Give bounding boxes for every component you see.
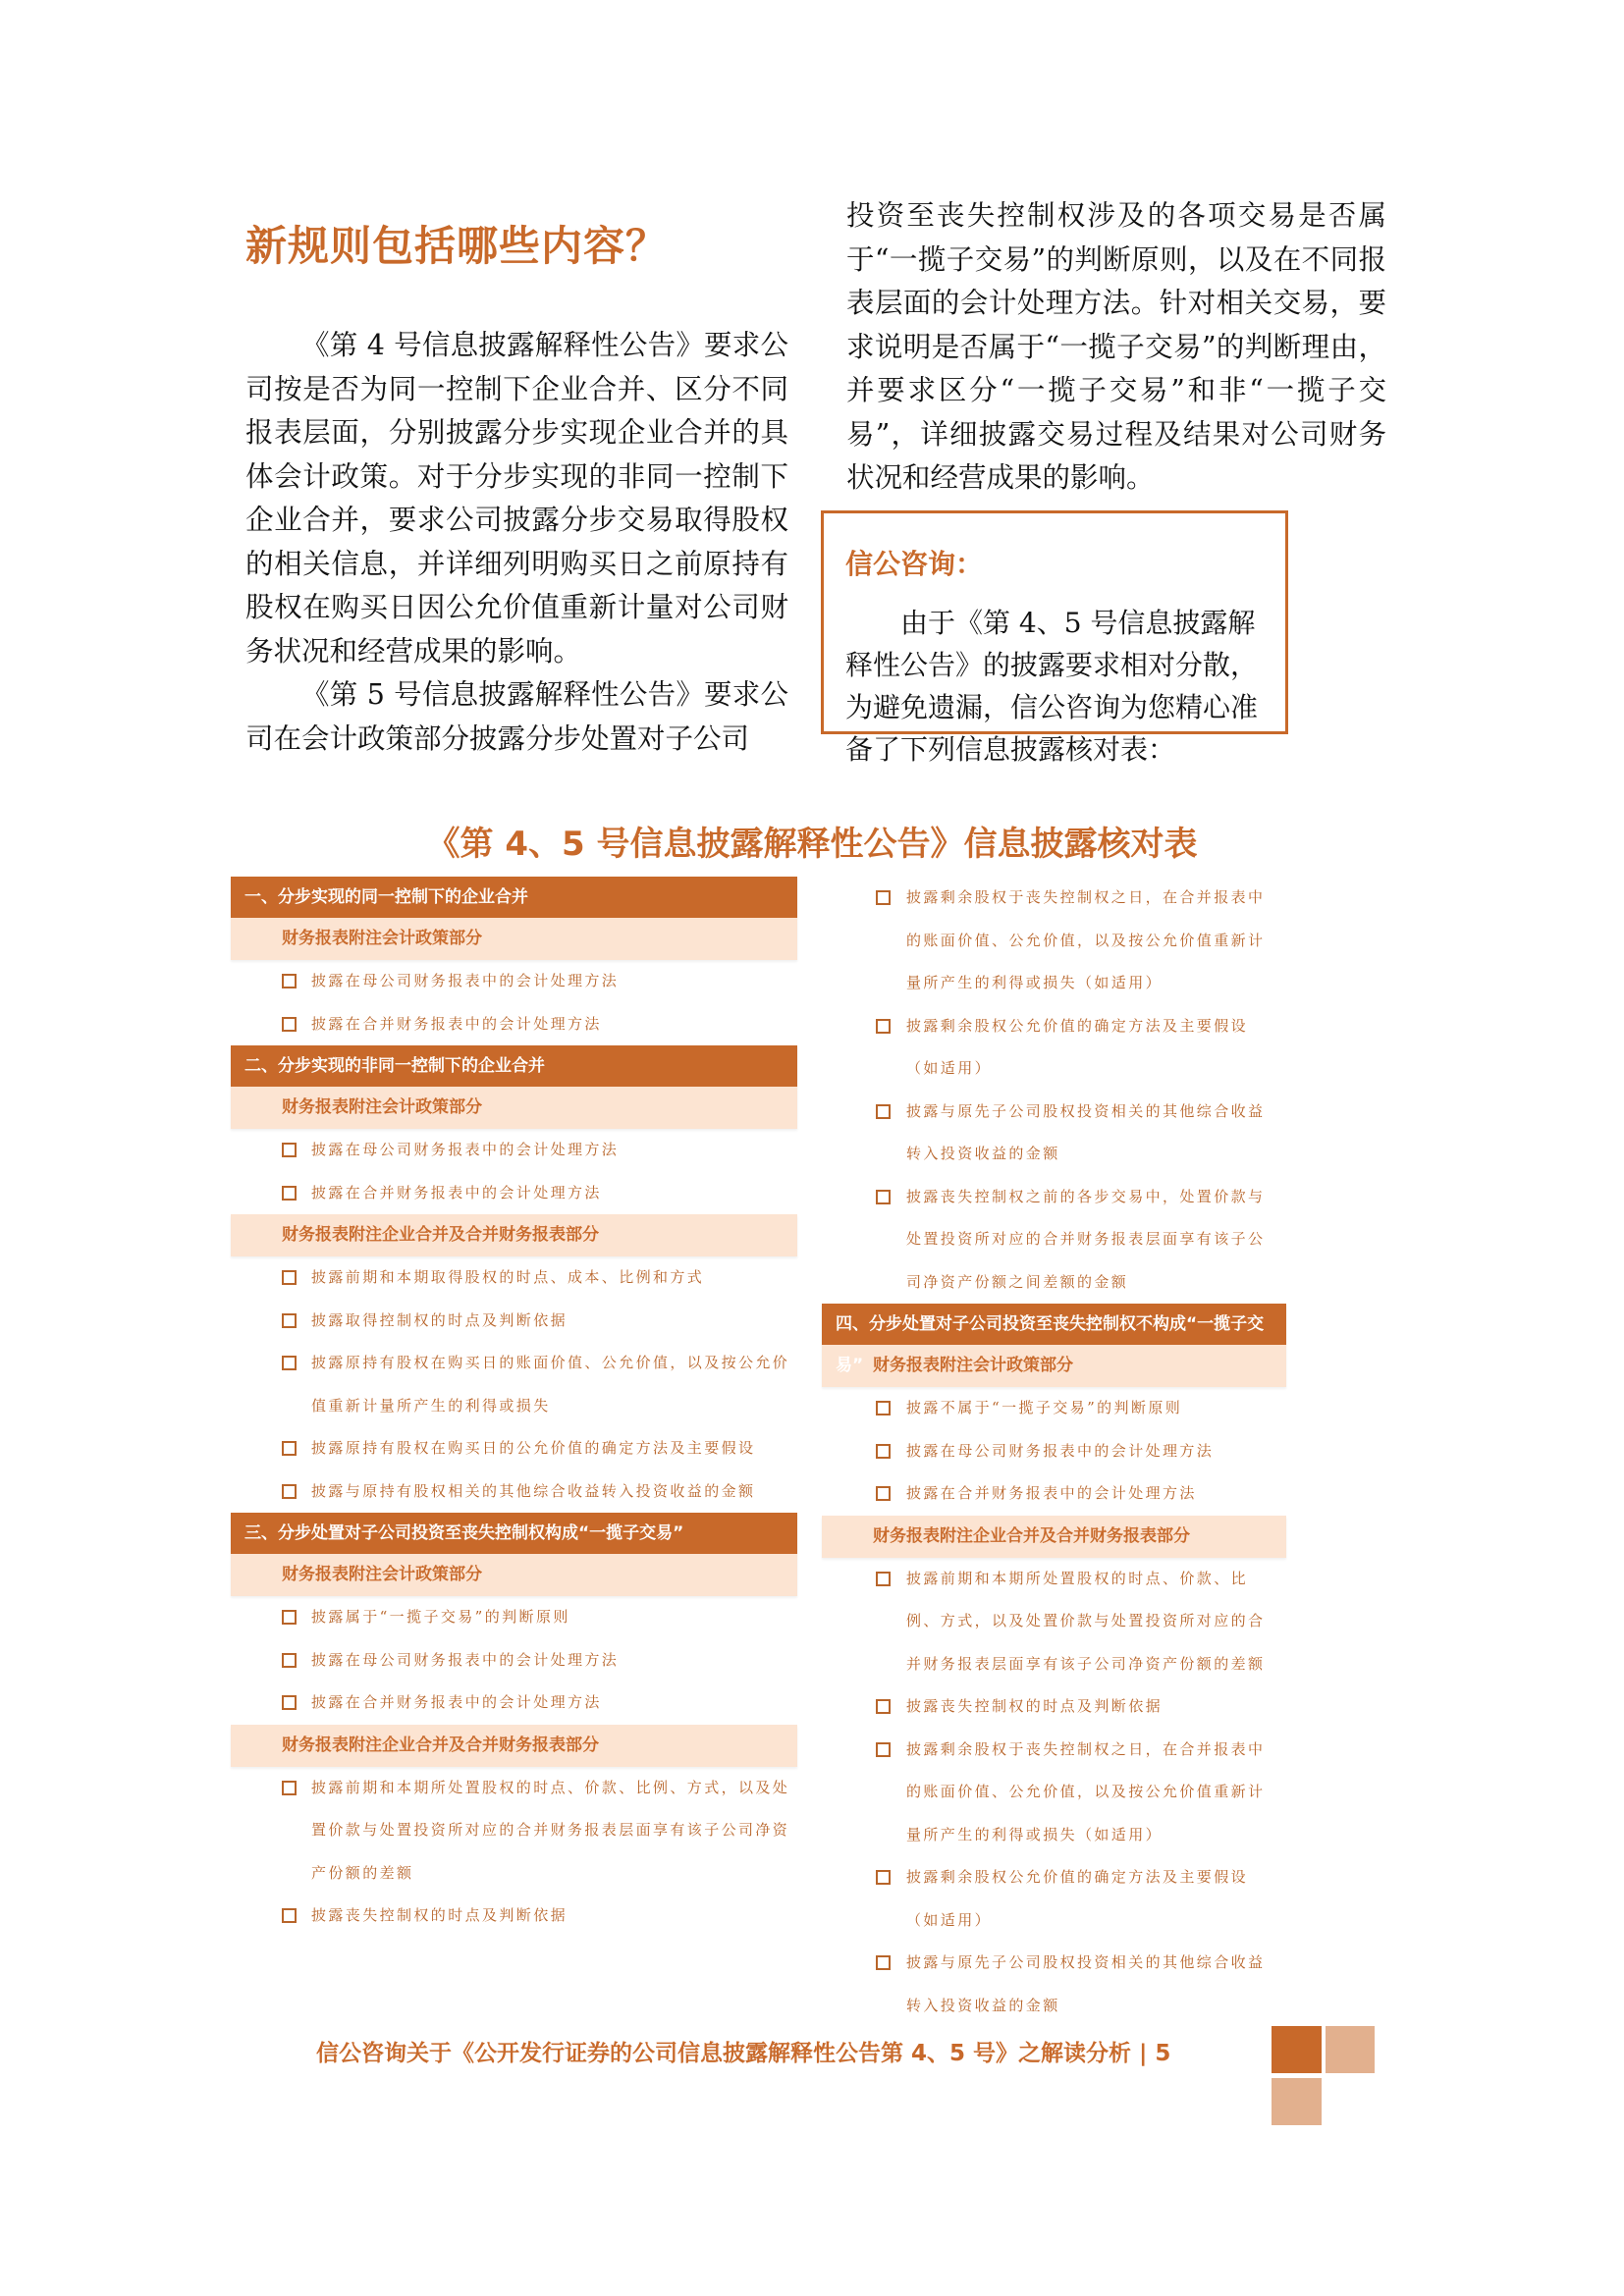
advice-box: 信公咨询： 由于《第 4、5 号信息披露解释性公告》的披露要求相对分散，为避免遗… — [821, 510, 1288, 734]
decorative-square-icon — [1272, 2026, 1322, 2073]
right-column-text: 投资至丧失控制权涉及的各项交易是否属于“一揽子交易”的判断原则，以及在不同报表层… — [846, 194, 1386, 501]
checklist-item[interactable]: 披露剩余股权公允价值的确定方法及主要假设（如适用） — [822, 1005, 1286, 1091]
checklist-item[interactable]: 披露属于“一揽子交易”的判断原则 — [231, 1596, 797, 1639]
section-header-1: 一、分步实现的同一控制下的企业合并 — [231, 877, 797, 918]
subsection-header: 财务报表附注企业合并及合并财务报表部分 — [231, 1214, 797, 1256]
advice-title: 信公咨询： — [845, 543, 983, 582]
section-header-3: 三、分步处置对子公司投资至丧失控制权构成“一揽子交易” — [231, 1513, 797, 1554]
checklist-item[interactable]: 披露丧失控制权之前的各步交易中，处置价款与处置投资所对应的合并财务报表层面享有该… — [822, 1176, 1286, 1305]
checkbox-icon[interactable] — [876, 1572, 891, 1586]
checklist-item[interactable]: 披露在合并财务报表中的会计处理方法 — [231, 1172, 797, 1215]
checklist-item[interactable]: 披露剩余股权公允价值的确定方法及主要假设（如适用） — [822, 1856, 1286, 1942]
paragraph-continued: 投资至丧失控制权涉及的各项交易是否属于“一揽子交易”的判断原则，以及在不同报表层… — [846, 194, 1386, 501]
checklist-item[interactable]: 披露丧失控制权的时点及判断依据 — [231, 1895, 797, 1938]
subsection-header: 财务报表附注企业合并及合并财务报表部分 — [231, 1725, 797, 1767]
checkbox-icon[interactable] — [282, 1186, 297, 1201]
checkbox-icon[interactable] — [876, 1699, 891, 1714]
checkbox-icon[interactable] — [282, 1143, 297, 1157]
checkbox-icon[interactable] — [876, 1104, 891, 1119]
checkbox-icon[interactable] — [282, 1441, 297, 1456]
checklist-item[interactable]: 披露取得控制权的时点及判断依据 — [231, 1300, 797, 1343]
checkbox-icon[interactable] — [876, 1870, 891, 1885]
decorative-square-icon — [1326, 2026, 1375, 2073]
checkbox-icon[interactable] — [876, 1955, 891, 1970]
checklist-item[interactable]: 披露剩余股权于丧失控制权之日，在合并报表中的账面价值、公允价值，以及按公允价值重… — [822, 877, 1286, 1005]
checklist-item[interactable]: 披露前期和本期取得股权的时点、成本、比例和方式 — [231, 1256, 797, 1300]
checklist-right-column: 披露剩余股权于丧失控制权之日，在合并报表中的账面价值、公允价值，以及按公允价值重… — [822, 877, 1286, 2027]
checkbox-icon[interactable] — [282, 1017, 297, 1032]
checklist-item[interactable]: 披露前期和本期所处置股权的时点、价款、比例、方式，以及处置价款与处置投资所对应的… — [231, 1767, 797, 1896]
subsection-header: 财务报表附注会计政策部分 — [822, 1345, 1286, 1387]
checklist-item[interactable]: 披露原持有股权在购买日的公允价值的确定方法及主要假设 — [231, 1427, 797, 1470]
subsection-header: 财务报表附注会计政策部分 — [231, 1087, 797, 1129]
left-column-text: 《第 4 号信息披露解释性公告》要求公司按是否为同一控制下企业合并、区分不同报表… — [245, 324, 788, 761]
checkbox-icon[interactable] — [876, 1742, 891, 1757]
checklist-title: 《第 4、5 号信息披露解释性公告》信息披露核对表 — [0, 817, 1624, 865]
checkbox-icon[interactable] — [282, 1313, 297, 1328]
paragraph-announcement-5: 《第 5 号信息披露解释性公告》要求公司在会计政策部分披露分步处置对子公司 — [245, 673, 788, 761]
checkbox-icon[interactable] — [876, 1019, 891, 1034]
checklist-item[interactable]: 披露在母公司财务报表中的会计处理方法 — [231, 1129, 797, 1172]
checkbox-icon[interactable] — [282, 1695, 297, 1710]
checklist-left-column: 一、分步实现的同一控制下的企业合并 财务报表附注会计政策部分 披露在母公司财务报… — [231, 877, 797, 1938]
checkbox-icon[interactable] — [282, 1610, 297, 1625]
checklist-item[interactable]: 披露不属于“一揽子交易”的判断原则 — [822, 1387, 1286, 1430]
checklist-item[interactable]: 披露在合并财务报表中的会计处理方法 — [231, 1003, 797, 1046]
checkbox-icon[interactable] — [282, 1356, 297, 1370]
page-footer: 信公咨询关于《公开发行证券的公司信息披露解释性公告第 4、5 号》之解读分析 |… — [316, 2035, 1170, 2067]
checkbox-icon[interactable] — [876, 1401, 891, 1415]
checklist-item[interactable]: 披露前期和本期所处置股权的时点、价款、比例、方式，以及处置价款与处置投资所对应的… — [822, 1558, 1286, 1686]
checkbox-icon[interactable] — [282, 1270, 297, 1285]
checkbox-icon[interactable] — [282, 1484, 297, 1499]
checklist-item[interactable]: 披露在母公司财务报表中的会计处理方法 — [822, 1430, 1286, 1473]
checkbox-icon[interactable] — [876, 890, 891, 905]
subsection-header: 财务报表附注企业合并及合并财务报表部分 — [822, 1516, 1286, 1558]
subsection-header: 财务报表附注会计政策部分 — [231, 1554, 797, 1596]
section-heading: 新规则包括哪些内容？ — [245, 214, 668, 273]
section-header-4: 四、分步处置对子公司投资至丧失控制权不构成“一揽子交易” — [822, 1304, 1286, 1345]
checklist-item[interactable]: 披露与原持有股权相关的其他综合收益转入投资收益的金额 — [231, 1470, 797, 1514]
checklist-item[interactable]: 披露丧失控制权的时点及判断依据 — [822, 1685, 1286, 1729]
checkbox-icon[interactable] — [282, 1653, 297, 1668]
checkbox-icon[interactable] — [282, 1908, 297, 1923]
checklist-item[interactable]: 披露在合并财务报表中的会计处理方法 — [822, 1472, 1286, 1516]
checklist-item[interactable]: 披露在合并财务报表中的会计处理方法 — [231, 1682, 797, 1725]
checklist-item[interactable]: 披露在母公司财务报表中的会计处理方法 — [231, 1639, 797, 1682]
checkbox-icon[interactable] — [876, 1190, 891, 1204]
checkbox-icon[interactable] — [282, 974, 297, 988]
paragraph-announcement-4: 《第 4 号信息披露解释性公告》要求公司按是否为同一控制下企业合并、区分不同报表… — [245, 324, 788, 673]
checklist-item[interactable]: 披露原持有股权在购买日的账面价值、公允价值，以及按公允价值重新计量所产生的利得或… — [231, 1342, 797, 1427]
checklist-item[interactable]: 披露与原先子公司股权投资相关的其他综合收益转入投资收益的金额 — [822, 1091, 1286, 1176]
checkbox-icon[interactable] — [876, 1486, 891, 1501]
checklist-item[interactable]: 披露在母公司财务报表中的会计处理方法 — [231, 960, 797, 1003]
subsection-header: 财务报表附注会计政策部分 — [231, 918, 797, 960]
checkbox-icon[interactable] — [876, 1444, 891, 1459]
decorative-square-icon — [1272, 2078, 1322, 2125]
checkbox-icon[interactable] — [282, 1781, 297, 1795]
advice-body: 由于《第 4、5 号信息披露解释性公告》的披露要求相对分散，为避免遗漏，信公咨询… — [845, 602, 1273, 771]
checklist-item[interactable]: 披露剩余股权于丧失控制权之日，在合并报表中的账面价值、公允价值，以及按公允价值重… — [822, 1729, 1286, 1857]
section-header-2: 二、分步实现的非同一控制下的企业合并 — [231, 1045, 797, 1087]
checklist-item[interactable]: 披露与原先子公司股权投资相关的其他综合收益转入投资收益的金额 — [822, 1942, 1286, 2027]
